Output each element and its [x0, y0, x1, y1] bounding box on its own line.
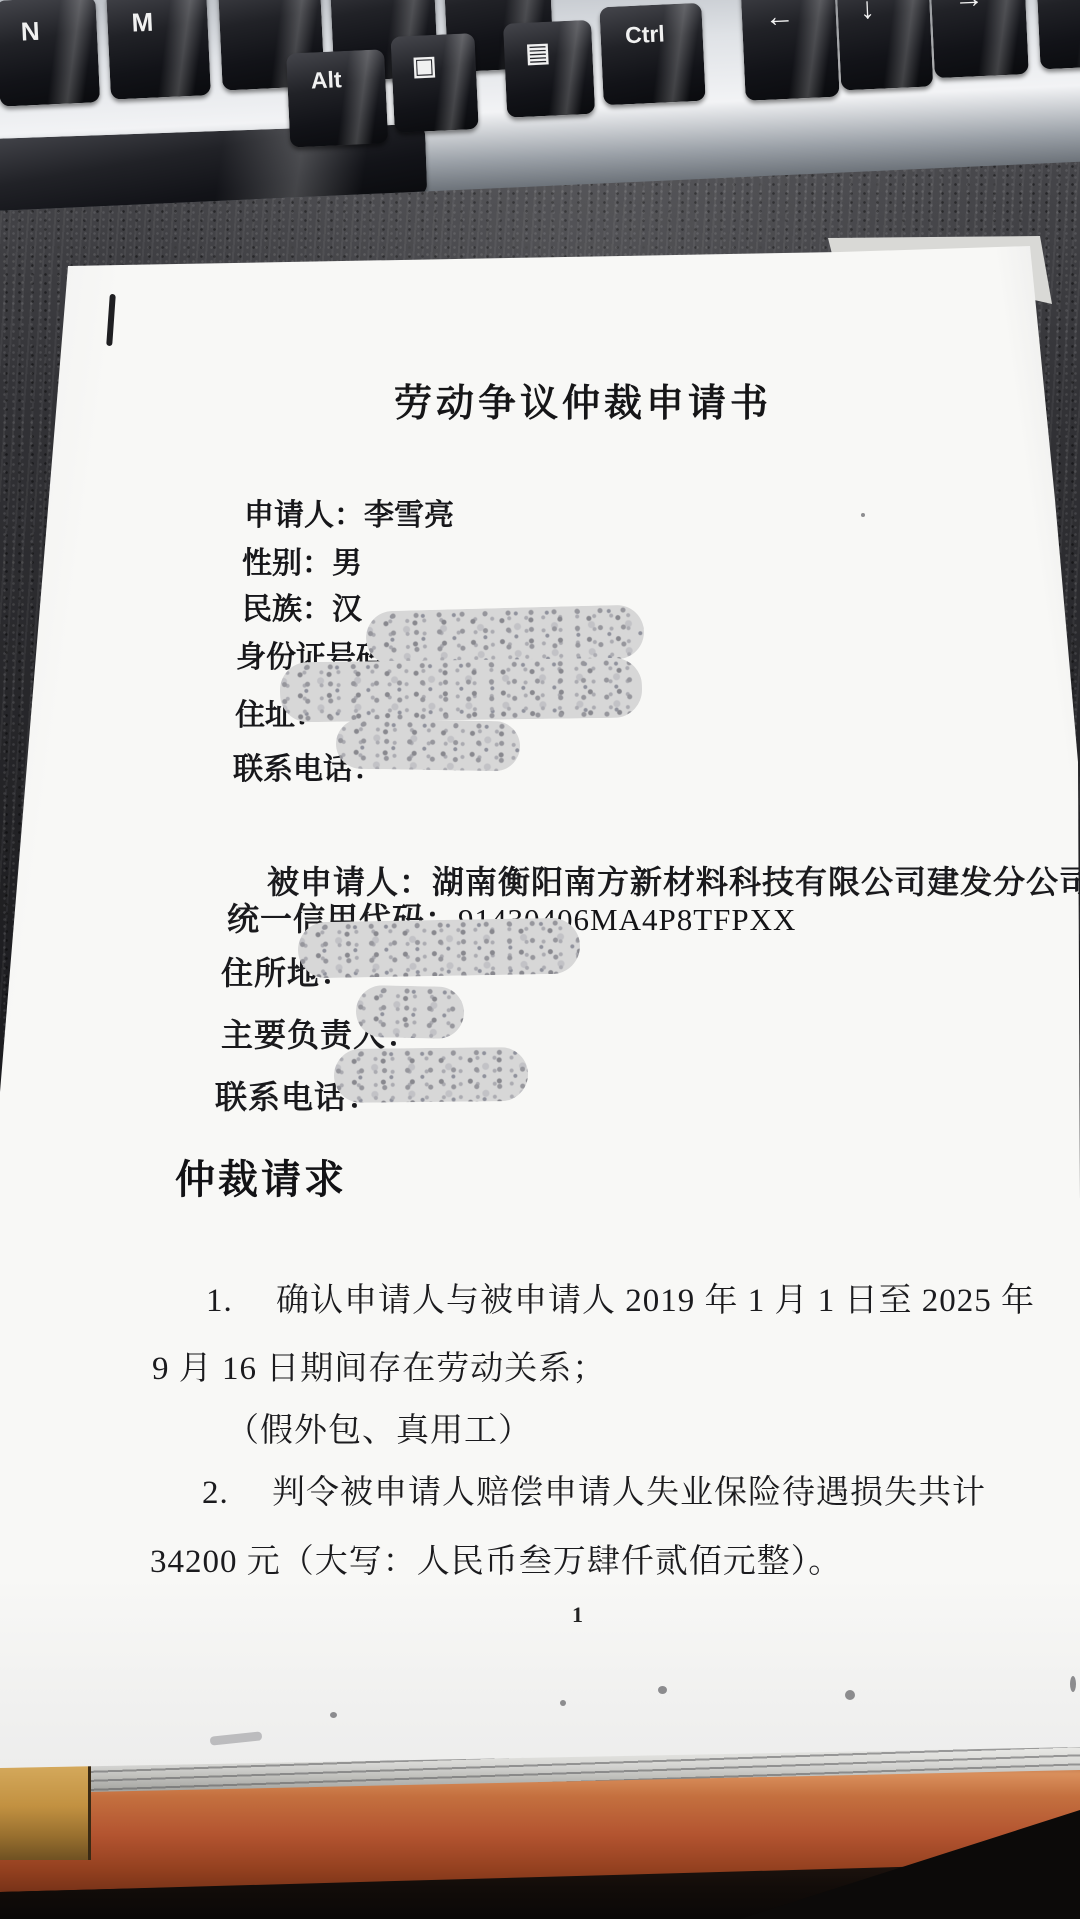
photo-scene: N M Alt ▣ ▤ Ctrl ← ↓ →	[0, 0, 1080, 1919]
section-heading: 仲裁请求	[175, 1148, 347, 1205]
key-ctrl: Ctrl	[599, 3, 705, 106]
request-line-2: 9 月 16 日期间存在劳动关系；	[152, 1342, 606, 1389]
windows-logo-icon: ▣	[411, 52, 437, 79]
arrow-right-icon: →	[953, 0, 984, 14]
document-content: 劳动争议仲裁申请书 申请人：李雪亮 性别：男 民族：汉 身份证号码： 住址： 联…	[0, 0, 1080, 1919]
redacted-blob-domicile	[298, 918, 581, 979]
ink-speck	[1070, 1676, 1076, 1692]
key-win: ▣	[390, 33, 478, 133]
redacted-blob-principal	[355, 985, 464, 1039]
key-m-label: M	[131, 9, 154, 36]
pen-mark	[106, 294, 116, 346]
document-page: 劳动争议仲裁申请书 申请人：李雪亮 性别：男 民族：汉 身份证号码： 住址： 联…	[0, 0, 1080, 1919]
smudge-mark	[210, 1731, 263, 1745]
redacted-blob-phone-respondent	[334, 1047, 529, 1103]
arrow-down-icon: ↓	[859, 0, 875, 24]
redacted-blob-phone-applicant	[336, 718, 521, 771]
field-applicant-value: 李雪亮	[364, 499, 454, 532]
key-m: M	[106, 0, 211, 100]
key-arrow-right: →	[930, 0, 1029, 78]
ink-speck	[560, 1700, 566, 1706]
tan-object	[0, 1762, 91, 1860]
page-number: 1	[572, 1602, 583, 1628]
request-line-4: 2. 判令被申请人赔偿申请人失业保险待遇损失共计	[202, 1466, 986, 1513]
redacted-blob-address	[280, 657, 643, 722]
ink-speck	[861, 513, 865, 517]
ink-speck	[845, 1690, 855, 1700]
key-alt-label: Alt	[310, 68, 342, 92]
key-ctrl-label: Ctrl	[625, 22, 666, 47]
menu-key-icon: ▤	[525, 39, 551, 66]
key-arrow-down: ↓	[836, 0, 933, 90]
request-line-5: 34200 元（大写：人民币叁万肆仟贰佰元整）。	[150, 1535, 842, 1582]
request-line-1: 1. 确认申请人与被申请人 2019 年 1 月 1 日至 2025 年	[206, 1274, 1035, 1321]
key-arrow-left: ←	[740, 0, 839, 101]
key-n-label: N	[20, 18, 40, 45]
key-n: N	[0, 0, 100, 107]
ink-speck	[330, 1712, 337, 1718]
arrow-left-icon: ←	[764, 2, 795, 33]
ink-speck	[658, 1686, 667, 1694]
key-alt: Alt	[286, 49, 388, 147]
key-menu: ▤	[503, 20, 595, 118]
key-partial-right	[1036, 0, 1080, 69]
redacted-blob-id-number	[365, 604, 644, 665]
document-title: 劳动争议仲裁申请书	[394, 372, 772, 427]
request-line-3: （假外包、真用工）	[226, 1404, 532, 1451]
